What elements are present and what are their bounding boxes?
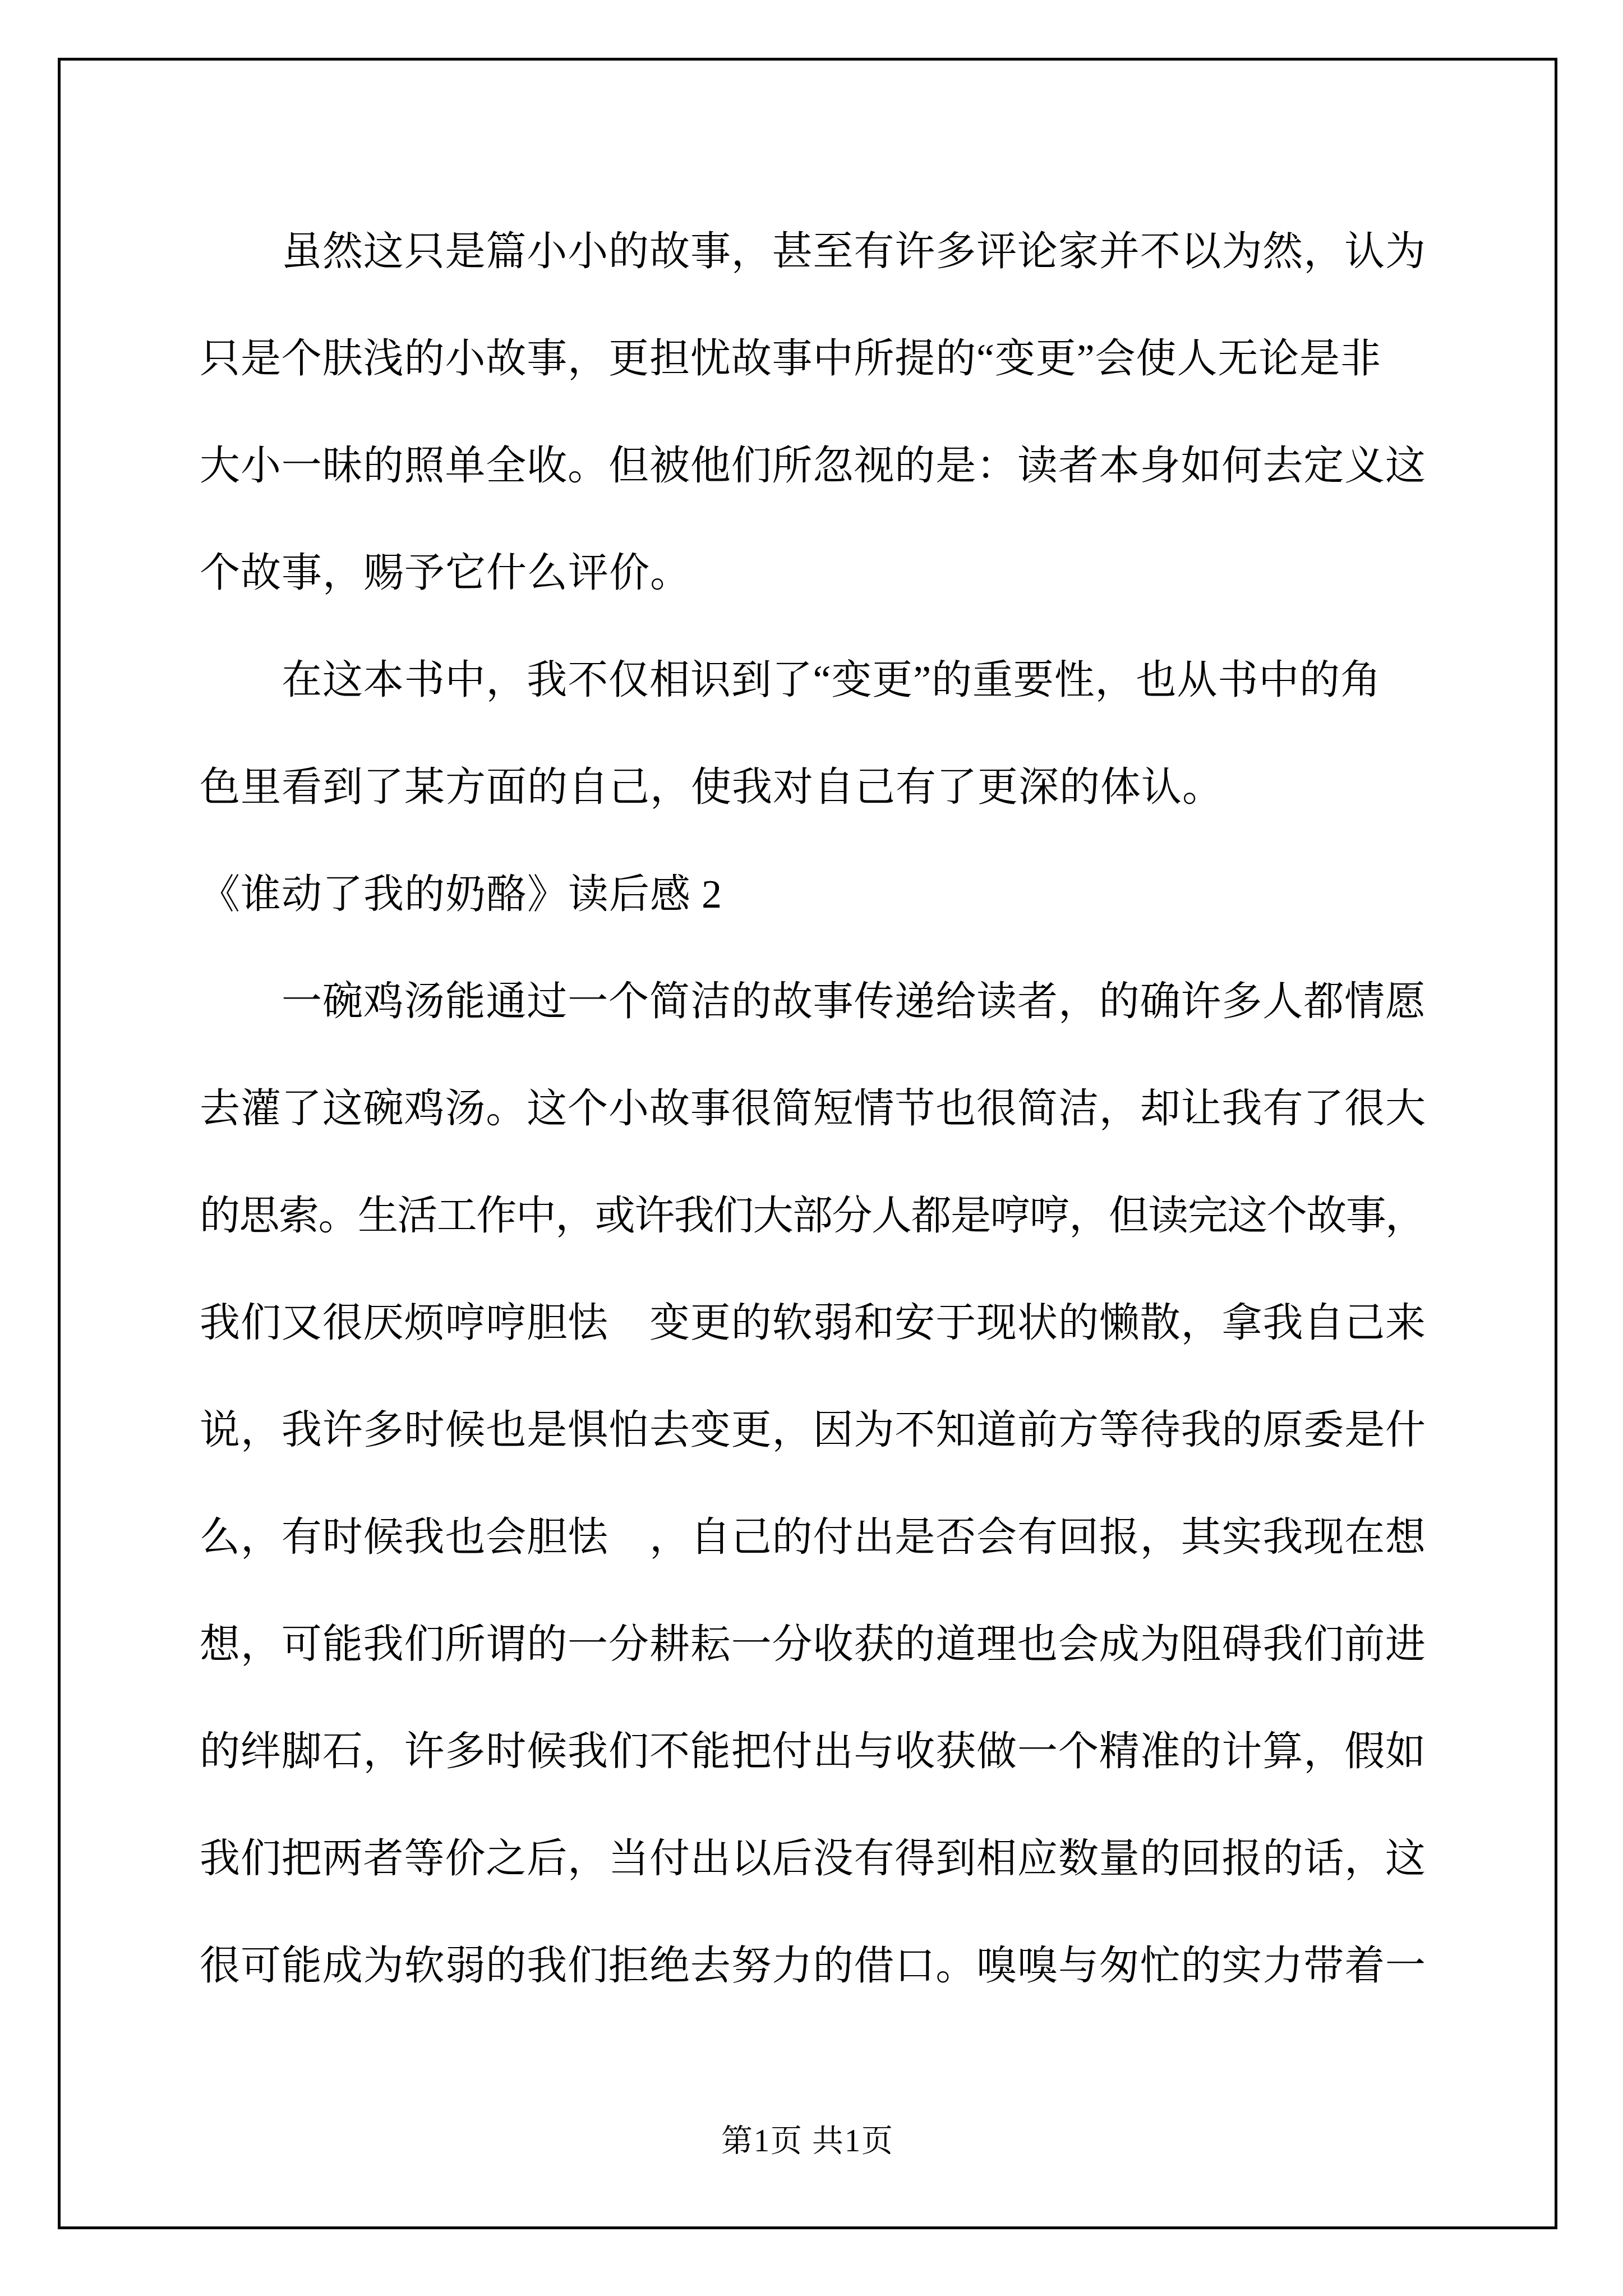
text-line: 么，有时候我也会胆怯 ，自己的付出是否会有回报，其实我现在想 [200,1484,1426,1591]
text-line: 在这本书中，我不仅相识到了“变更”的重要性，也从书中的角 [200,627,1426,734]
page-number-text: 第1页 共1页 [721,2124,894,2159]
text-line: 我们又很厌烦哼哼胆怯 变更的软弱和安于现状的懒散，拿我自己来 [200,1269,1426,1377]
text-line: 虽然这只是篇小小的故事，甚至有许多评论家并不以为然，认为 [200,198,1426,305]
text-line: 的思索。生活工作中，或许我们大部分人都是哼哼，但读完这个故事， [200,1162,1426,1269]
text-line: 说，我许多时候也是惧怕去变更，因为不知道前方等待我的原委是什 [200,1377,1426,1484]
text-line: 个故事，赐予它什么评价。 [200,519,1426,627]
text-line: 的绊脚石，许多时候我们不能把付出与收获做一个精准的计算，假如 [200,1698,1426,1805]
text-line: 很可能成为软弱的我们拒绝去努力的借口。嗅嗅与匆忙的实力带着一 [200,1912,1426,2019]
text-line: 《谁动了我的奶酪》读后感 2 [200,841,1426,948]
document-body: 虽然这只是篇小小的故事，甚至有许多评论家并不以为然，认为只是个肤浅的小故事，更担… [200,198,1426,2019]
text-line: 大小一昧的照单全收。但被他们所忽视的是：读者本身如何去定义这 [200,412,1426,519]
text-line: 去灌了这碗鸡汤。这个小故事很简短情节也很简洁，却让我有了很大 [200,1055,1426,1162]
text-line: 只是个肤浅的小故事，更担忧故事中所提的“变更”会使人无论是非 [200,305,1426,412]
text-line: 我们把两者等价之后，当付出以后没有得到相应数量的回报的话，这 [200,1805,1426,1912]
text-line: 色里看到了某方面的自己，使我对自己有了更深的体认。 [200,734,1426,841]
text-line: 想，可能我们所谓的一分耕耘一分收获的道理也会成为阻碍我们前进 [200,1591,1426,1698]
text-line: 一碗鸡汤能通过一个简洁的故事传递给读者，的确许多人都情愿 [200,948,1426,1055]
page-footer: 第1页 共1页 [58,2122,1557,2161]
document-page: 虽然这只是篇小小的故事，甚至有许多评论家并不以为然，认为只是个肤浅的小故事，更担… [0,0,1623,2296]
